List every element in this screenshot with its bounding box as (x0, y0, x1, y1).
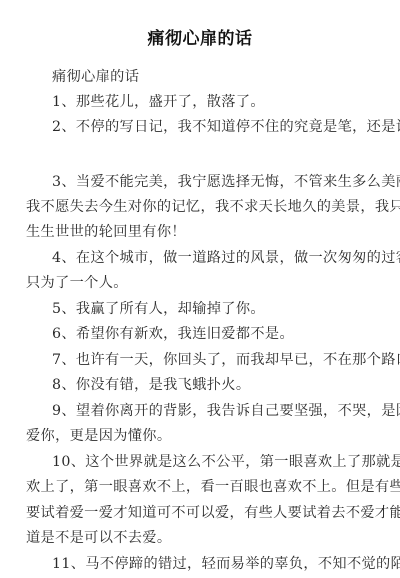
quote-line-10-cont: 欢上了，第一眼喜欢不上，看一百眼也喜欢不上。但是有些人 (26, 476, 400, 496)
quote-line-9-cont: 爱你，更是因为懂你。 (26, 425, 171, 445)
quote-line-1: 1、那些花儿，盛开了，散落了。 (52, 91, 265, 111)
quote-line-9: 9、望着你离开的背影，我告诉自己要坚强，不哭，是因为 (52, 400, 400, 420)
quote-line-10-cont: 道是不是可以不去爱。 (26, 527, 171, 547)
quote-line-5: 5、我赢了所有人，却输掉了你。 (52, 298, 265, 318)
quote-line-4-cont: 只为了一个人。 (26, 272, 128, 292)
quote-line-2: 2、不停的写日记，我不知道停不住的究竟是笔，还是记忆。 (52, 116, 400, 136)
quote-line-10: 10、这个世界就是这么不公平，第一眼喜欢上了那就是喜 (52, 451, 400, 471)
quote-line-3-cont: 我不愿失去今生对你的记忆，我不求天长地久的美景，我只要 (26, 196, 400, 216)
quote-line-10-cont: 要试着爱一爱才知道可不可以爱，有些人要试着去不爱才能知 (26, 502, 400, 522)
quote-line-8: 8、你没有错，是我飞蛾扑火。 (52, 374, 250, 394)
quote-line-7: 7、也许有一天，你回头了，而我却早已，不在那个路口。 (52, 349, 400, 369)
document-title: 痛彻心扉的话 (0, 24, 400, 49)
subtitle-line: 痛彻心扉的话 (52, 66, 139, 86)
quote-line-11: 11、马不停蹄的错过，轻而易举的辜负，不知不觉的陌路。 (52, 553, 400, 573)
quote-line-3-cont: 生生世世的轮回里有你！ (26, 221, 186, 241)
quote-line-4: 4、在这个城市，做一道路过的风景，做一次匆匆的过客， (52, 247, 400, 267)
quote-line-6: 6、希望你有新欢，我连旧爱都不是。 (52, 323, 294, 343)
quote-line-3: 3、当爱不能完美，我宁愿选择无悔，不管来生多么美丽， (52, 171, 400, 191)
